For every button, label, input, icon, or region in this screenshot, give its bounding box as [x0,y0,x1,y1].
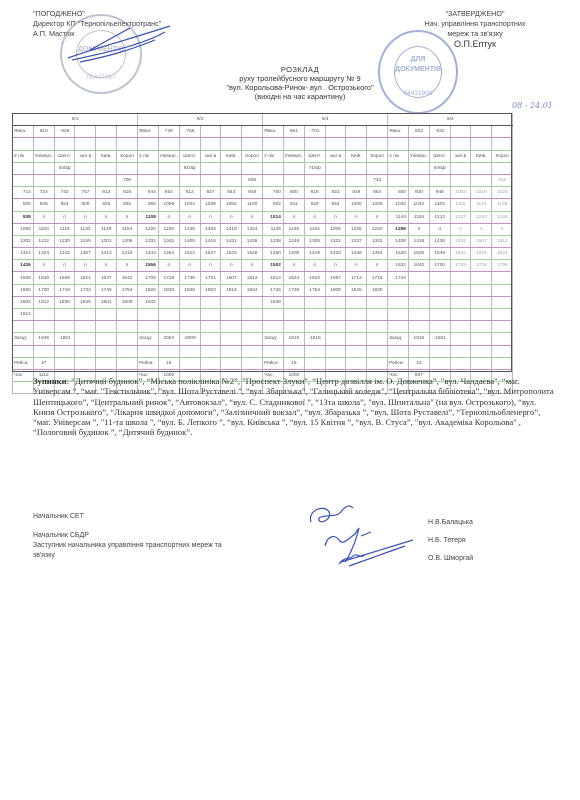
table-cell: 1715 [450,260,471,272]
table-cell [471,174,492,186]
table-cell [54,345,75,357]
table-cell [325,357,346,369]
table-cell [200,174,221,186]
table-cell: 1736 [283,284,304,296]
table-cell [158,162,179,174]
table-cell: 1436 [242,235,263,247]
table-cell: 1807 [221,272,242,284]
table-cell [54,138,75,150]
table-cell: 1209 [325,223,346,235]
time-row: 1538154816061621163716421708171817361751… [13,272,513,284]
stops-label: Зупинки [33,376,67,386]
table-cell: 1118 [54,223,75,235]
table-cell [200,309,221,321]
table-cell [325,333,346,345]
table-cell [471,162,492,174]
table-cell: 1642 [408,260,429,272]
time-row: 1050110011181133114911541220123012481303… [13,223,513,235]
table-cell [304,321,325,333]
table-cell [117,126,138,138]
table-cell [450,138,471,150]
table-cell [367,357,388,369]
table-cell: зал.в [75,150,96,162]
table-cell: п [471,223,492,235]
table-cell: п [492,223,513,235]
table-cell: Універс. [283,150,304,162]
table-cell: 1914 [13,309,34,321]
table-cell: п [346,260,367,272]
table-cell: 1154 [304,223,325,235]
table-cell [492,138,513,150]
table-cell: 1324 [33,248,54,260]
table-cell: 1548 [33,272,54,284]
table-cell: 854 [158,187,179,199]
table-cell: 1754 [304,284,325,296]
table-cell [304,174,325,186]
table-cell: 1303 [200,223,221,235]
table-cell: 1408 [388,235,409,247]
table-cell [242,126,263,138]
table-cell [492,345,513,357]
table-cell [13,162,34,174]
table-cell [388,284,409,296]
table-cell [54,309,75,321]
table-cell [33,309,54,321]
table-cell: 1502 [263,260,284,272]
signatory-position: Заступник начальника управління транспор… [33,541,243,561]
table-cell: зал.в [450,150,471,162]
approval-label: "ЗАТВЕРДЖЕНО" [400,9,550,19]
table-cell: 1809 [325,284,346,296]
table-cell [221,162,242,174]
stamp-left-number: 05437987 [62,74,140,81]
table-cell: 1014 [263,211,284,223]
table-cell [492,333,513,345]
table-cell [388,309,409,321]
table-cell: 930 [117,199,138,211]
table-cell [96,345,117,357]
table-cell: 818 [304,187,325,199]
table-cell [242,357,263,369]
table-cell: п [200,260,221,272]
table-cell [117,333,138,345]
table-cell: Корол [367,150,388,162]
table-cell [200,138,221,150]
table-cell: 1520 [388,248,409,260]
table-cell: Заїзд: [263,333,284,345]
table-cell: 1813 [242,272,263,284]
table-cell [138,174,159,186]
table-cell [263,162,284,174]
table-cell [492,284,513,296]
table-cell [13,345,34,357]
table-cell [179,321,200,333]
table-cell: п [179,211,200,223]
table-cell: 1357 [75,248,96,260]
table-cell: п [96,211,117,223]
table-cell [325,345,346,357]
table-cell: 1713 [346,272,367,284]
table-cell [325,296,346,308]
table-cell: п [54,211,75,223]
table-cell [304,138,325,150]
table-cell: п [367,260,388,272]
table-cell [117,321,138,333]
table-cell [200,333,221,345]
table-cell [304,357,325,369]
table-cell: Універс. [408,150,429,162]
table-cell: 1700 [33,284,54,296]
table-cell: 1154 [117,223,138,235]
table-cell [221,333,242,345]
table-cell: 1100 [33,223,54,235]
table-cell: 849 [346,187,367,199]
table-cell: 846ф [429,162,450,174]
stops-list: Зупинки: “Дитячий будинок”, “Міська полі… [33,376,558,438]
table-cell: Універс. [33,150,54,162]
table-cell [450,345,471,357]
table-cell: 1415 [200,235,221,247]
spacer-row [13,321,513,333]
table-cell [429,357,450,369]
table-cell: 1400 [179,235,200,247]
table-cell: 927 [200,187,221,199]
table-cell: 2 лік [138,150,159,162]
table-cell: 938 [13,211,34,223]
table-cell [283,138,304,150]
table-cell: 813 [96,187,117,199]
table-cell: 1451 [450,235,471,247]
table-cell [75,321,96,333]
spacer-row [13,138,513,150]
table-cell: 800 [283,187,304,199]
table-cell: 1024 [492,187,513,199]
table-cell [75,162,96,174]
table-cell: 944 [325,199,346,211]
table-cell: 1614 [263,272,284,284]
table-cell: Шепт. [179,150,200,162]
handwritten-date: 08 - 24.01 [512,101,553,110]
time-row: 8258368549099259309561006102410391055110… [13,199,513,211]
stops-text: : “Дитячий будинок”, “Міська поліклініка… [33,376,554,437]
table-cell: 1543 [221,248,242,260]
table-cell: п [158,260,179,272]
table-cell [471,272,492,284]
table-cell: 1637 [96,272,117,284]
table-cell [138,345,159,357]
table-cell [304,309,325,321]
table-cell [221,345,242,357]
table-cell: 1733 [75,284,96,296]
table-cell: п [117,211,138,223]
table-cell [75,138,96,150]
time-row: 18021812183018451901190619321838 [13,296,513,308]
table-cell [492,309,513,321]
table-cell: 1431 [221,235,242,247]
table-cell [429,138,450,150]
table-cell: п [117,260,138,272]
table-cell [54,357,75,369]
table-cell [408,284,429,296]
table-cell: 1306 [117,235,138,247]
table-cell [179,309,200,321]
table-cell: Шепт. [429,150,450,162]
table-cell: 854 [367,187,388,199]
table-cell [471,357,492,369]
table-cell [54,174,75,186]
table-cell: 1342 [158,235,179,247]
table-cell [408,309,429,321]
table-cell: зал.в [325,150,346,162]
table-cell: 1306 [304,235,325,247]
table-cell: 1924 [242,284,263,296]
table-cell: 822 [408,126,429,138]
table-cell: 1212 [33,235,54,247]
table-cell: 1055 [221,199,242,211]
table-cell: 1507 [471,235,492,247]
table-cell [221,357,242,369]
signatory-name: Н.Б. Тетеря [428,532,473,550]
return-row: Заїзд:1946-1951Заїзд:2004-2009Заїзд:1910… [13,333,513,345]
table-cell [96,174,117,186]
table-cell: 1042 [408,199,429,211]
table-cell: 1527 [200,248,221,260]
table-cell: 757 [75,187,96,199]
table-cell: п [33,260,54,272]
table-cell [408,321,429,333]
table-cell: Рейси: [138,357,159,369]
time-row: 706836742912 [13,174,513,186]
table-cell [117,162,138,174]
table-cell: 948 [429,187,450,199]
table-cell: Заїзд: [138,333,159,345]
table-cell: 1906 [117,296,138,308]
table-cell: 1230 [158,223,179,235]
table-cell [200,126,221,138]
table-cell: 714 [13,187,34,199]
document-title: РОЗКЛАД руху тролейбусного маршруту № 9 … [150,65,450,101]
time-row: 1314132413421357141314181444145415121527… [13,248,513,260]
table-cell: Шепт. [304,150,325,162]
table-cell: 2 лік [13,150,34,162]
table-cell: 742 [54,187,75,199]
table-cell [304,296,325,308]
table-cell [33,174,54,186]
block-title: 9/4 [388,114,513,126]
table-cell: 1548 [242,248,263,260]
table-cell: 1324 [242,223,263,235]
table-cell [179,357,200,369]
table-cell: 1556 [138,260,159,272]
table-cell [388,345,409,357]
title-main: РОЗКЛАД [150,65,450,74]
table-cell: 1050 [13,223,34,235]
table-cell: Київ. [471,150,492,162]
table-cell [242,321,263,333]
table-cell: 1718 [54,284,75,296]
table-cell: 1454 [367,248,388,260]
table-cell [221,321,242,333]
table-cell [263,321,284,333]
note-row: 640ф810ф716ф846ф [13,162,513,174]
table-cell: п [242,260,263,272]
table-cell: Київ. [221,150,242,162]
table-cell: 1413 [96,248,117,260]
table-cell: п [158,211,179,223]
table-cell [33,321,54,333]
table-cell: -832 [429,126,450,138]
table-cell [13,382,34,394]
table-cell: 1418 [408,235,429,247]
table-cell: 1449 [346,248,367,260]
table-cell: 1749 [96,284,117,296]
table-cell: 1848 [179,284,200,296]
table-cell [283,345,304,357]
table-cell [200,345,221,357]
table-cell: 1903 [200,284,221,296]
table-cell: 1227 [450,211,471,223]
table-cell: 1003 [450,187,471,199]
table-cell [33,162,54,174]
table-cell [471,309,492,321]
table-cell: 844 [138,187,159,199]
table-cell: Київ. [346,150,367,162]
table-cell [75,333,96,345]
table-cell: п [429,223,450,235]
table-cell: Корол [242,150,263,162]
table-cell: 956 [138,199,159,211]
table-cell [242,138,263,150]
table-cell: 1708 [138,272,159,284]
time-row: 1914 [13,309,513,321]
table-cell: 1910 [283,333,304,345]
table-cell: 1350 [263,248,284,260]
table-cell: 1838 [263,296,284,308]
table-cell: п [54,260,75,272]
table-cell [367,345,388,357]
title-route: руху тролейбусного маршруту № 9 [150,74,450,83]
table-cell [408,162,429,174]
table-cell [138,138,159,150]
table-cell: п [367,211,388,223]
table-cell [450,162,471,174]
table-cell: Явка: [13,126,34,138]
table-cell: 1100 [429,199,450,211]
table-cell: Час: [13,369,34,381]
table-cell: 1530 [408,248,429,260]
table-cell: 1754 [117,284,138,296]
table-cell [367,321,388,333]
table-cell: 1108 [138,211,159,223]
table-cell: 1606 [54,272,75,284]
table-cell: 1225 [346,223,367,235]
table-cell: п [304,211,325,223]
table-cell [492,357,513,369]
table-cell: 925 [96,199,117,211]
table-cell: 1144 [388,211,409,223]
table-cell: Явка: [388,126,409,138]
table-cell [158,309,179,321]
table-cell: 1400 [283,248,304,260]
signature-left-icon [60,20,180,70]
table-cell [138,321,159,333]
table-cell: 1418 [304,248,325,260]
table-cell [200,357,221,369]
table-cell: 1133 [75,223,96,235]
table-cell [388,162,409,174]
table-cell [367,309,388,321]
table-cell: 1314 [13,248,34,260]
table-cell [242,345,263,357]
table-cell [450,272,471,284]
table-cell: 1426 [13,260,34,272]
time-row: 7147247427578138188448549129279439487508… [13,187,513,199]
table-cell: 1621 [75,272,96,284]
table-cell [117,309,138,321]
signatory-position: Начальник СБДР [33,531,243,541]
table-cell: 825 [13,199,34,211]
table-cell: 1454 [158,248,179,260]
table-cell: п [325,260,346,272]
trips-row: Рейси:17Рейси:15Рейси:15Рейси:13 [13,357,513,369]
table-cell: п [200,211,221,223]
table-cell [367,333,388,345]
table-cell: 1802 [13,296,34,308]
table-cell [346,357,367,369]
table-cell: п [304,260,325,272]
table-cell [346,126,367,138]
table-cell: 1212 [429,211,450,223]
table-cell [179,174,200,186]
table-cell: 1433 [325,248,346,260]
table-cell: 1830 [367,284,388,296]
table-cell: 1642 [304,272,325,284]
table-cell [75,357,96,369]
table-cell: 1830 [158,284,179,296]
table-cell: п [33,211,54,223]
table-cell [242,333,263,345]
table-cell: 1512 [492,235,513,247]
table-cell [388,138,409,150]
table-cell: 651 [283,126,304,138]
table-cell [450,296,471,308]
time-row: 1426ппппп1556ппппп1502ппппп1632164217001… [13,260,513,272]
table-cell [471,345,492,357]
table-cell: Універс. [158,150,179,162]
table-cell: 1845 [75,296,96,308]
table-cell [429,284,450,296]
table-cell [283,174,304,186]
table-cell: 615 [33,126,54,138]
table-cell: п [283,260,304,272]
table-cell [471,284,492,296]
time-row: 1202121212301245130113061332134214001415… [13,235,513,247]
block-title: 9/2 [138,114,263,126]
table-cell [179,138,200,150]
table-cell: 1744 [388,272,409,284]
table-cell: 1650 [13,284,34,296]
table-cell [471,321,492,333]
table-cell [346,321,367,333]
table-cell [242,162,263,174]
table-cell [158,321,179,333]
table-cell: -2009 [179,333,200,345]
table-cell: 1436 [429,235,450,247]
table-cell [221,126,242,138]
table-cell: 1115 [450,199,471,211]
table-cell [13,321,34,333]
table-cell: 1919 [221,284,242,296]
